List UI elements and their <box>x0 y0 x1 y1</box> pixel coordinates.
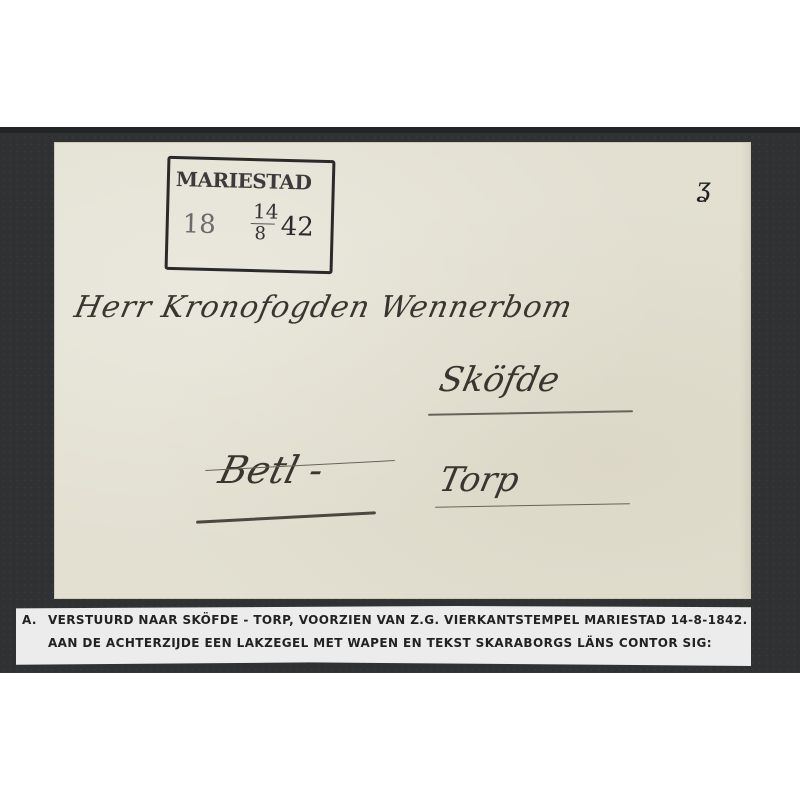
postmark-month: 8 <box>254 223 266 244</box>
board-top-edge <box>0 127 800 133</box>
postage-note-handwriting: Betl - <box>215 448 329 492</box>
caption-text-1: VERSTUURD NAAR SKÖFDE - TORP, VOORZIEN V… <box>48 613 748 627</box>
addressee-handwriting: Herr Kronofogden Wennerbom <box>71 290 576 325</box>
destination-line-1: Sköfde <box>436 360 563 400</box>
letter-cover <box>55 143 750 598</box>
caption-label: A. <box>22 613 48 627</box>
postmark-year: 42 <box>280 212 314 243</box>
letter-fold-shadow <box>740 143 750 598</box>
caption-strip: A.VERSTUURD NAAR SKÖFDE - TORP, VOORZIEN… <box>16 606 751 666</box>
postmark-town: MARIESTAD <box>176 167 312 195</box>
caption-line-1: A.VERSTUURD NAAR SKÖFDE - TORP, VOORZIEN… <box>22 613 748 627</box>
caption-line-2: AAN DE ACHTERZIJDE EEN LAKZEGEL MET WAPE… <box>48 636 712 650</box>
postmark-century: 18 <box>182 209 216 240</box>
postmark-box-stamp: MARIESTAD 18 14 8 42 <box>165 156 336 274</box>
corner-manuscript-mark: ʓ <box>696 173 711 203</box>
destination-line-2: Torp <box>436 460 523 500</box>
postmark-day: 14 <box>253 199 279 224</box>
